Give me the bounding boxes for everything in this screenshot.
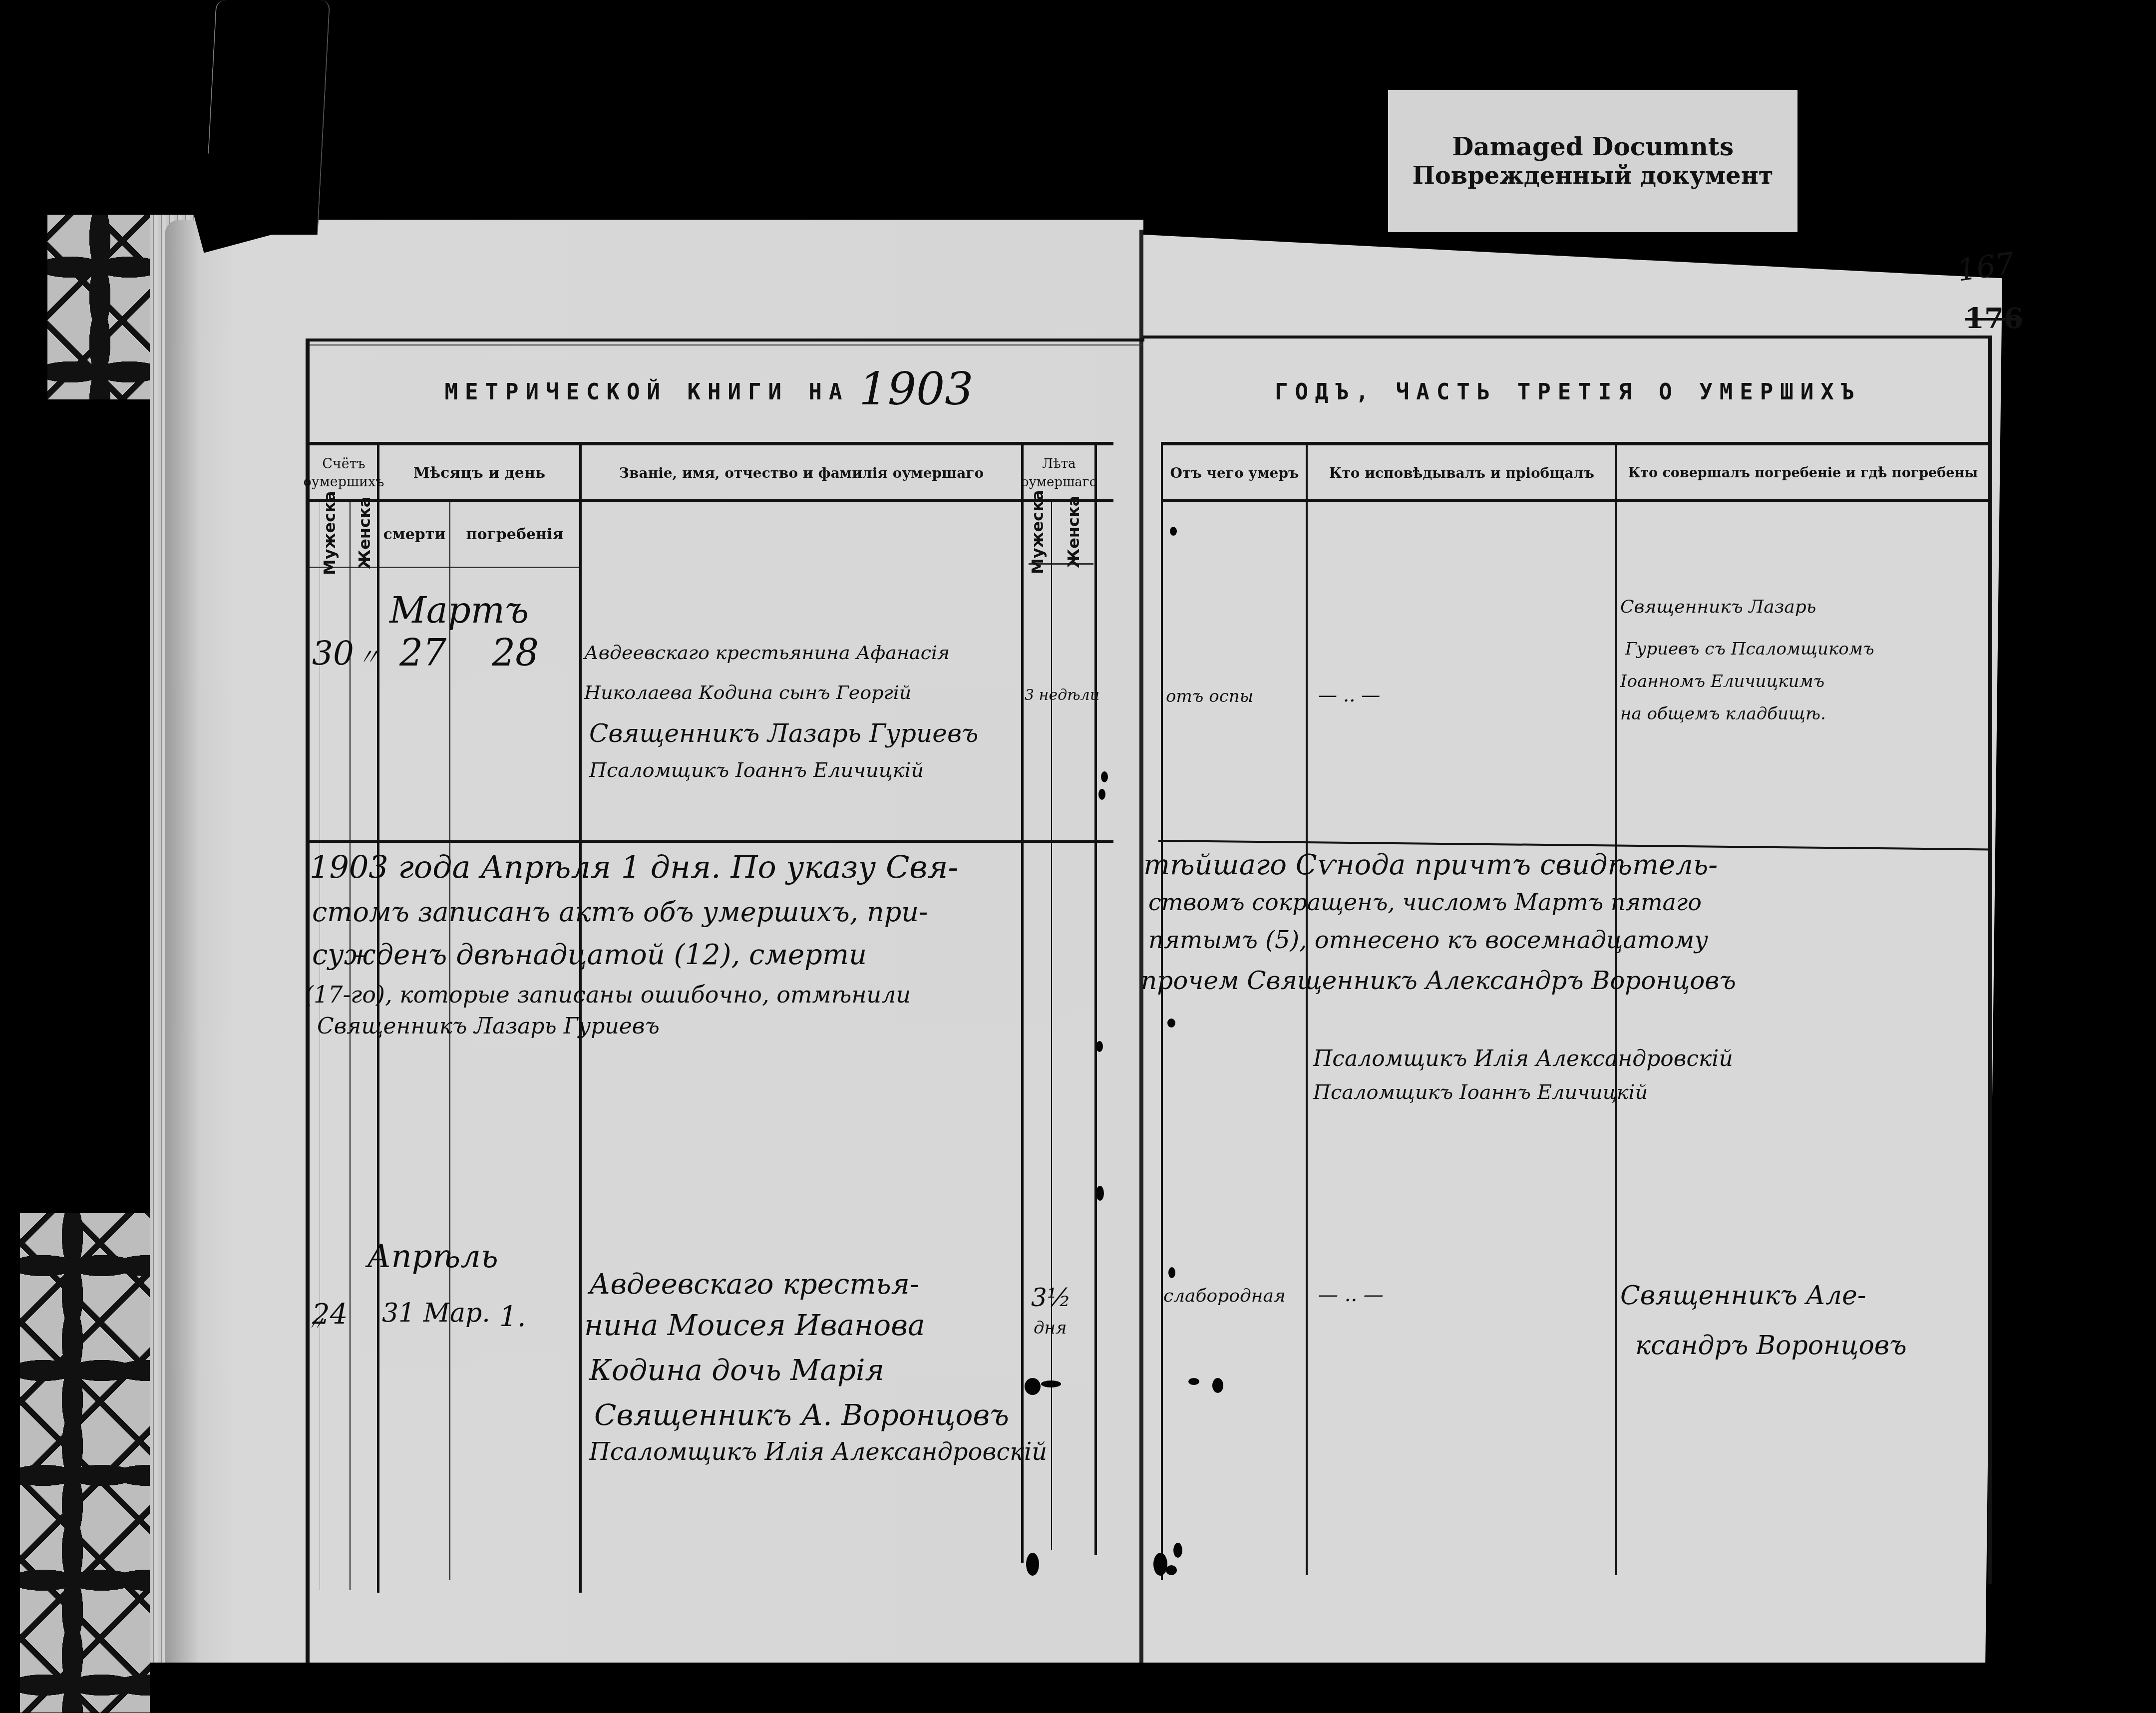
ink-blot bbox=[1167, 1019, 1175, 1028]
ink-blot bbox=[1041, 1380, 1061, 1387]
left-page-title: МЕТРИЧЕСКОЙ КНИГИ НА 1903 bbox=[310, 364, 1108, 419]
ink-blot bbox=[1101, 771, 1108, 782]
left-table-right-edge bbox=[1094, 442, 1097, 1555]
header-date-burial: погребенія bbox=[450, 504, 579, 564]
ink-blot bbox=[1096, 1186, 1104, 1201]
entry-count-female: 〃 bbox=[357, 639, 380, 672]
note-line-right: тѣйшаго Сѵнода причтъ свидѣтель- bbox=[1143, 849, 1718, 881]
col-age-split bbox=[1051, 502, 1052, 1550]
ink-blot bbox=[1170, 527, 1177, 536]
entry-divider-left bbox=[310, 840, 1113, 843]
right-col-left bbox=[1161, 442, 1163, 1580]
entry-name-line: Авдеевскаго крестьянина Афанасія bbox=[584, 642, 950, 664]
right-frame-outer bbox=[1988, 336, 1992, 1584]
entry-name-line: Священникъ А. Воронцовъ bbox=[594, 1398, 1009, 1432]
col-date-split bbox=[449, 502, 450, 1580]
left-title-year: 1903 bbox=[859, 363, 973, 415]
note-line-left: 1903 года Апрѣля 1 дня. По указу Свя- bbox=[310, 849, 958, 885]
left-header-top-rule bbox=[310, 442, 1113, 445]
ink-blot bbox=[1026, 1553, 1039, 1576]
entry-name-line: нина Моисея Иванова bbox=[584, 1308, 925, 1342]
note-line-left: сужденъ двѣнадцатой (12), смерти bbox=[312, 939, 867, 971]
entry-month: Апрѣль bbox=[367, 1238, 498, 1275]
entry-burial-line: Гуриевъ съ Псаломщикомъ bbox=[1625, 639, 1874, 659]
page-number-current: 167 bbox=[1955, 246, 2017, 288]
left-frame-top-inner bbox=[310, 344, 1143, 345]
entry-cause: отъ оспы bbox=[1166, 686, 1253, 706]
left-title-printed: МЕТРИЧЕСКОЙ КНИГИ НА bbox=[445, 379, 849, 405]
ink-blot bbox=[1153, 1553, 1167, 1576]
note-signature: Псаломщикъ Илія Александровскій bbox=[1313, 1046, 1733, 1071]
entry-death-day: 27 bbox=[399, 632, 446, 675]
ink-blot bbox=[1166, 1565, 1177, 1575]
entry-burial-line: на общемъ кладбищѣ. bbox=[1620, 704, 1826, 724]
entry-name-line: Кодина дочь Марія bbox=[589, 1353, 884, 1387]
entry-confessor: — .. — bbox=[1318, 1283, 1384, 1306]
ink-blot bbox=[1188, 1378, 1199, 1385]
header-cause: Отъ чего умеръ bbox=[1163, 447, 1306, 499]
left-frame-top bbox=[306, 339, 1144, 342]
right-title-printed: ГОДЪ, ЧАСТЬ ТРЕТІЯ О УМЕРШИХЪ bbox=[1275, 379, 1861, 405]
header-confessor: Кто исповѣдывалъ и пріобщалъ bbox=[1308, 447, 1615, 499]
banner-title-en: Damaged Documnts bbox=[1452, 132, 1734, 162]
ink-blot bbox=[1025, 1378, 1041, 1395]
right-col-confessor-end bbox=[1615, 442, 1617, 1575]
entry-burial-day: 1. bbox=[499, 1301, 526, 1333]
entry-name-line: Псаломщикъ Илія Александровскій bbox=[589, 1438, 1047, 1466]
header-date-death: смерти bbox=[379, 504, 449, 564]
right-frame-top bbox=[1143, 336, 1992, 339]
entry-burial-day: 28 bbox=[492, 632, 539, 675]
left-header-bottom-rule bbox=[310, 499, 1113, 502]
note-signature: Псаломщикъ Іоаннъ Еличицкій bbox=[1313, 1081, 1648, 1104]
ink-blot bbox=[1212, 1378, 1223, 1393]
note-line-right: пятымъ (5), отнесено къ восемнадцатому bbox=[1148, 926, 1708, 954]
entry-month: Мартъ bbox=[389, 589, 529, 631]
entry-cause: слабородная bbox=[1163, 1286, 1286, 1306]
entry-name-line: Николаева Кодина сынъ Георгій bbox=[584, 682, 911, 703]
col-name-end bbox=[1021, 444, 1024, 1563]
entry-age: 3½ bbox=[1031, 1283, 1071, 1312]
entry-name-line: Авдеевскаго крестья- bbox=[589, 1268, 919, 1301]
right-header-bottom-rule bbox=[1161, 499, 1990, 502]
page-number-struck: 176 bbox=[1965, 302, 2023, 335]
right-col-cause-end bbox=[1306, 442, 1308, 1575]
ink-blot bbox=[1168, 1267, 1175, 1278]
header-age-male: Мужеска bbox=[1025, 503, 1051, 561]
right-header-top-rule bbox=[1161, 442, 1990, 445]
note-line-left: (17-го), которые записаны ошибочно, отмѣ… bbox=[305, 981, 911, 1008]
entry-name-line: Псаломщикъ Іоаннъ Еличицкій bbox=[589, 759, 924, 782]
book-gutter bbox=[1139, 230, 1143, 1683]
entry-burial-line: ксандръ Воронцовъ bbox=[1635, 1331, 1907, 1361]
damaged-document-banner: Damaged Documnts Поврежденный документ bbox=[1388, 90, 1797, 232]
header-name: Званіе, имя, отчество и фамилія оумершаг… bbox=[582, 447, 1021, 499]
entry-burial-line: Священникъ Лазарь bbox=[1620, 597, 1816, 617]
entry-count-female: 24 bbox=[312, 1298, 348, 1331]
header-count-female: Женска bbox=[352, 504, 377, 562]
entry-confessor: — .. — bbox=[1318, 684, 1380, 706]
right-page-title: ГОДЪ, ЧАСТЬ ТРЕТІЯ О УМЕРШИХЪ bbox=[1148, 364, 1987, 419]
ink-blot bbox=[1096, 1041, 1103, 1052]
entry-age-unit: дня bbox=[1034, 1318, 1067, 1338]
note-line-left: стомъ записанъ актъ объ умершихъ, при- bbox=[312, 896, 928, 928]
ink-blot bbox=[1098, 789, 1105, 800]
entry-death-day: 31 Мар. bbox=[382, 1298, 490, 1328]
header-count-male: Мужеска bbox=[315, 504, 345, 562]
banner-title-ru: Поврежденный документ bbox=[1413, 162, 1774, 191]
note-line-right: прочем Священникъ Александръ Воронцовъ bbox=[1141, 966, 1736, 995]
header-age-female: Женска bbox=[1054, 503, 1093, 561]
entry-burial-line: Іоанномъ Еличицкимъ bbox=[1620, 672, 1824, 691]
note-line-right: ствомъ сокращенъ, числомъ Мартъ пятаго bbox=[1148, 889, 1702, 916]
header-burial: Кто совершалъ погребеніе и гдѣ погребены bbox=[1618, 447, 1988, 499]
right-shadow bbox=[2022, 220, 2156, 1713]
left-frame-outer bbox=[306, 340, 310, 1688]
note-line-left: Священникъ Лазарь Гуриевъ bbox=[317, 1014, 660, 1039]
bottom-shadow bbox=[150, 1663, 2156, 1713]
entry-name-line: Священникъ Лазарь Гуриевъ bbox=[589, 719, 978, 748]
header-date: Мѣсяцъ и день bbox=[379, 447, 579, 499]
ink-blot bbox=[1173, 1543, 1182, 1558]
entry-burial-line: Священникъ Але- bbox=[1620, 1281, 1866, 1311]
entry-age: 3 недѣли bbox=[1025, 686, 1099, 704]
entry-count-male: 30 bbox=[312, 634, 354, 673]
